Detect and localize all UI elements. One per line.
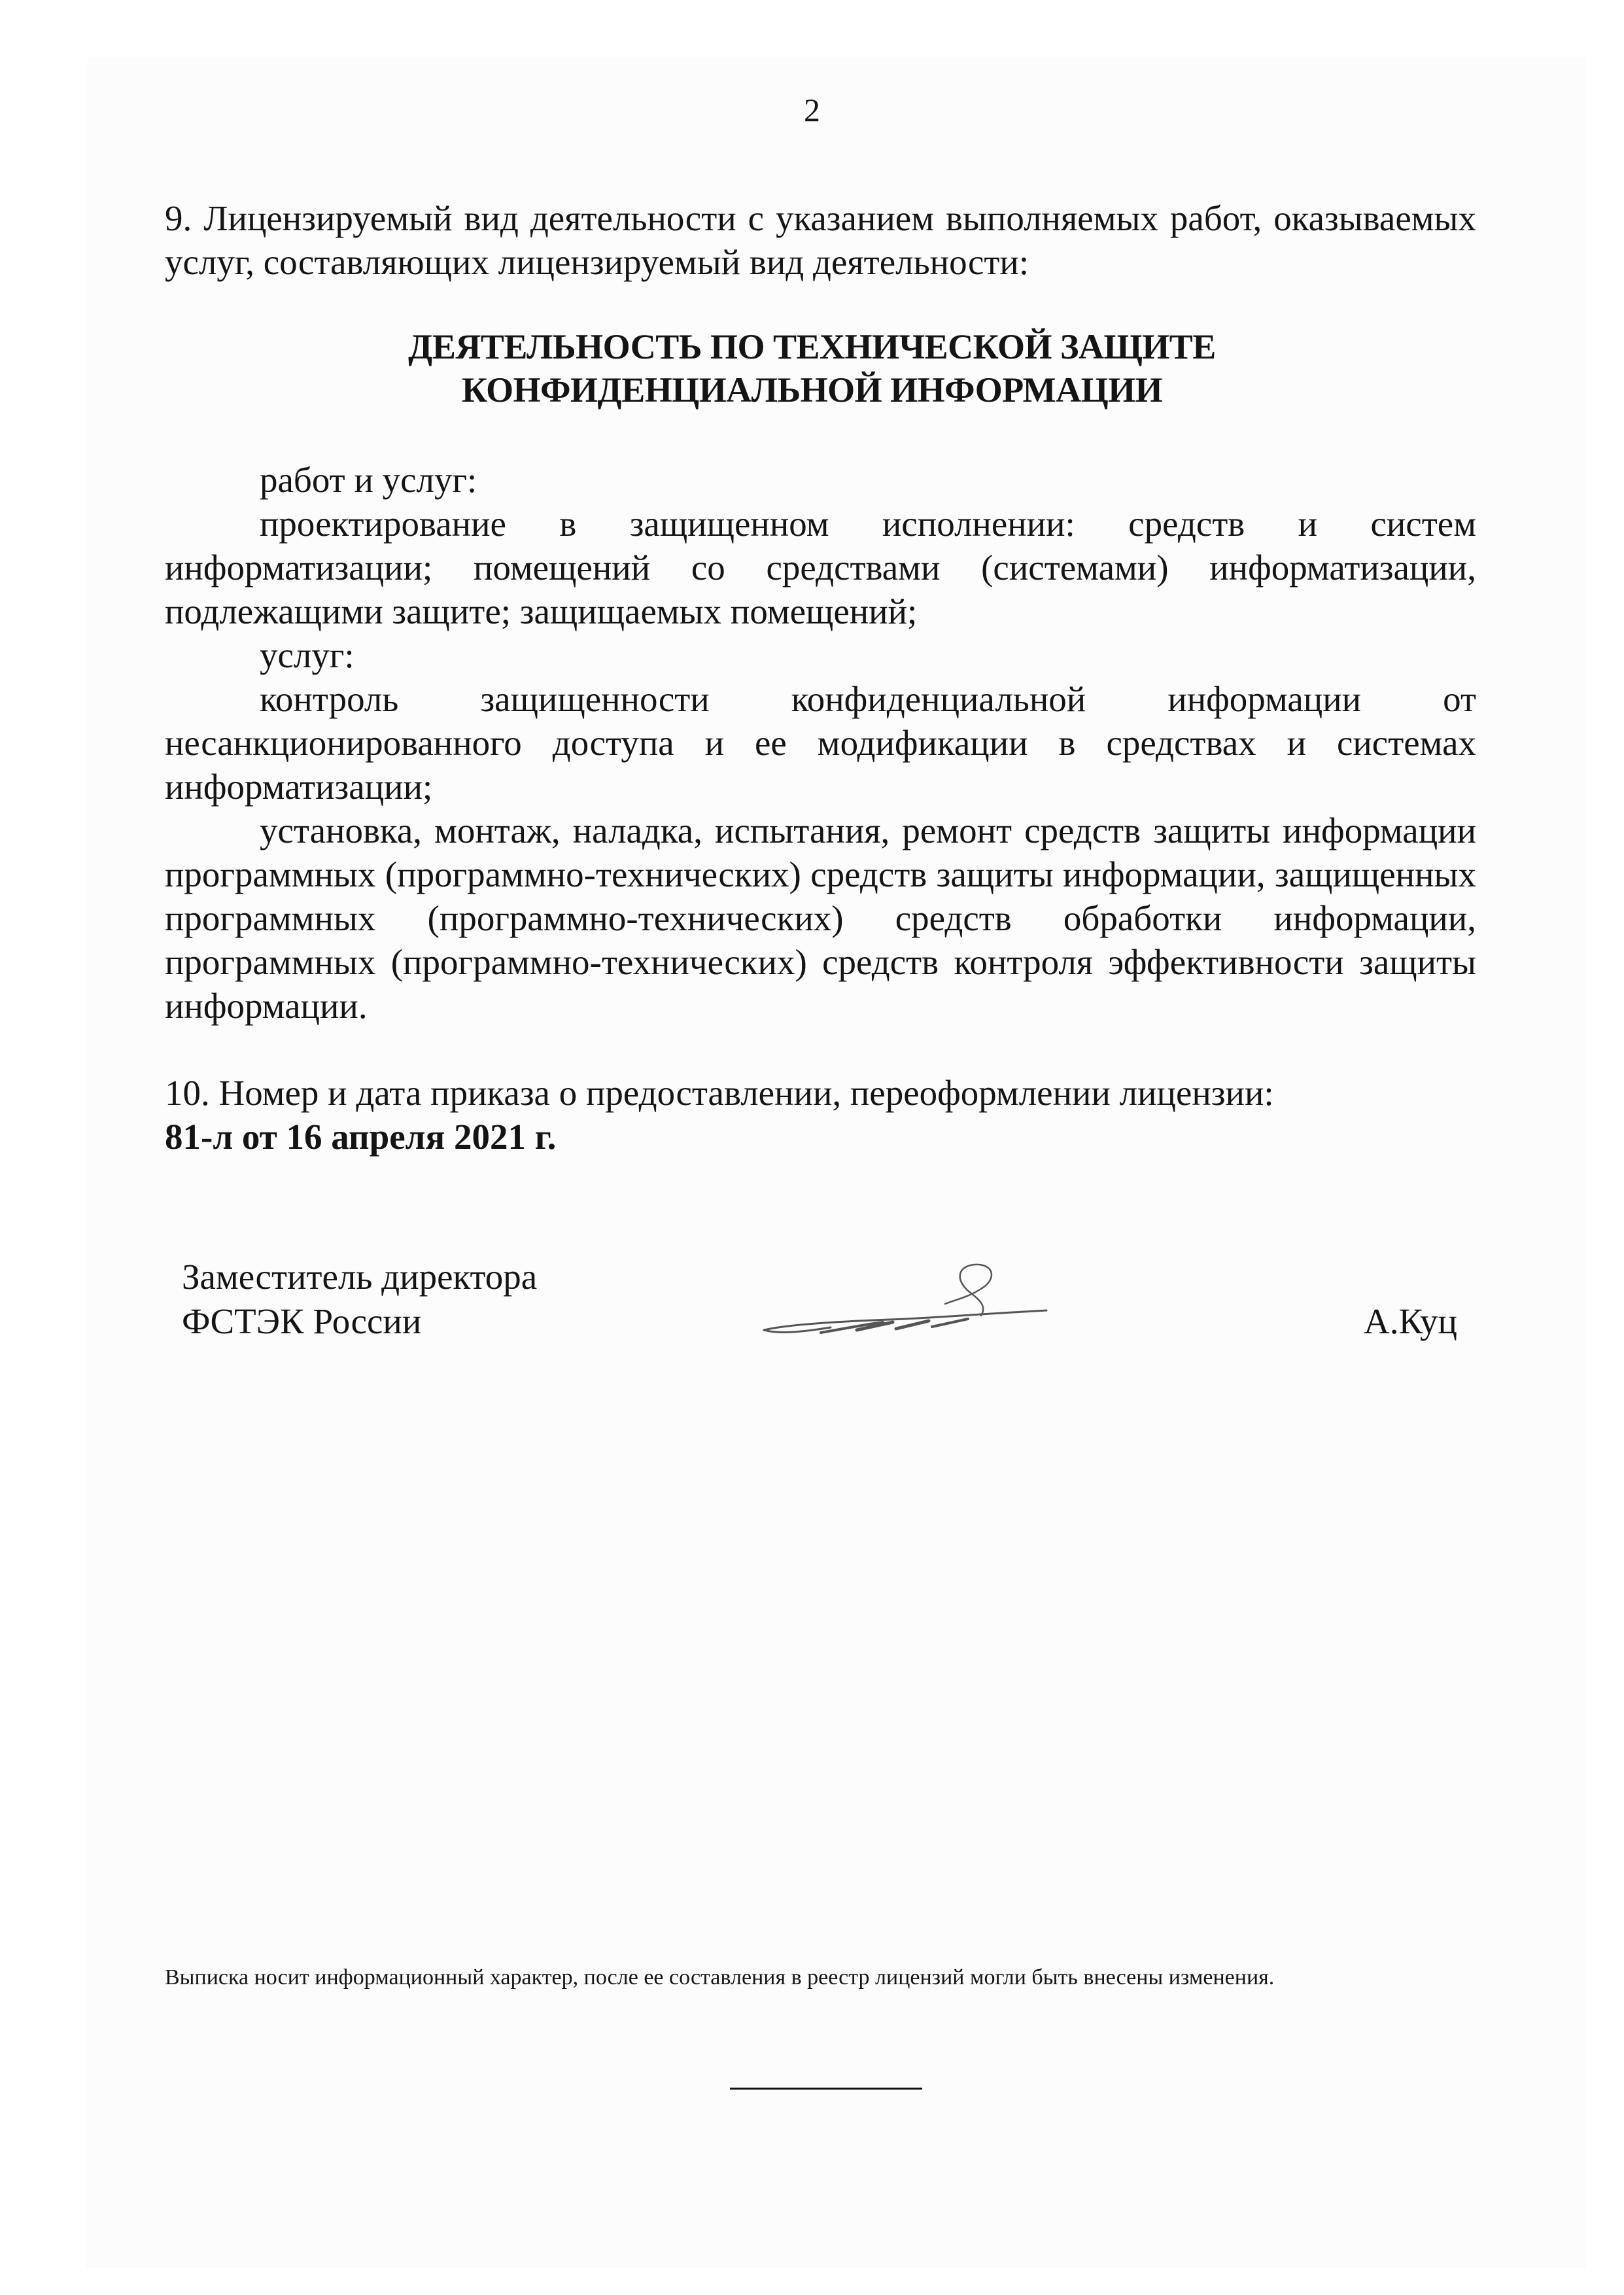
services-heading: услуг: [165, 633, 1476, 677]
activity-title: ДЕЯТЕЛЬНОСТЬ ПО ТЕХНИЧЕСКОЙ ЗАЩИТЕ КОНФИ… [0, 325, 1624, 412]
signer-position-line-1: Заместитель директора [182, 1255, 537, 1299]
services-item: контроль защищенности конфиденциальной и… [165, 677, 1476, 809]
handwritten-signature-icon [759, 1259, 1053, 1344]
end-of-document-rule [730, 2088, 922, 2090]
works-heading: работ и услуг: [165, 458, 1476, 502]
services-item: установка, монтаж, наладка, испытания, р… [165, 809, 1476, 1028]
section-9-licensed-activity: 9. Лицензируемый вид деятельности с указ… [165, 196, 1476, 284]
footnote-disclaimer: Выписка носит информационный характер, п… [165, 1961, 1476, 1994]
section-10-order: 10. Номер и дата приказа о предоставлени… [165, 1071, 1476, 1159]
activity-title-line-2: КОНФИДЕНЦИАЛЬНОЙ ИНФОРМАЦИИ [0, 368, 1624, 412]
order-number-date: 81-л от 16 апреля 2021 г. [165, 1117, 556, 1157]
services-block: услуг: контроль защищенности конфиденциа… [165, 633, 1476, 809]
page-number: 2 [0, 90, 1624, 130]
section-10-label: 10. Номер и дата приказа о предоставлени… [165, 1073, 1274, 1113]
works-item: проектирование в защищенном исполнении: … [165, 502, 1476, 633]
activity-title-line-1: ДЕЯТЕЛЬНОСТЬ ПО ТЕХНИЧЕСКОЙ ЗАЩИТЕ [0, 325, 1624, 368]
signer-name: А.Куц [1364, 1299, 1457, 1344]
installation-services-block: установка, монтаж, наладка, испытания, р… [165, 809, 1476, 1028]
signer-position: Заместитель директора ФСТЭК России [182, 1255, 537, 1344]
signer-position-line-2: ФСТЭК России [182, 1299, 537, 1344]
works-and-services-block: работ и услуг: проектирование в защищенн… [165, 458, 1476, 633]
